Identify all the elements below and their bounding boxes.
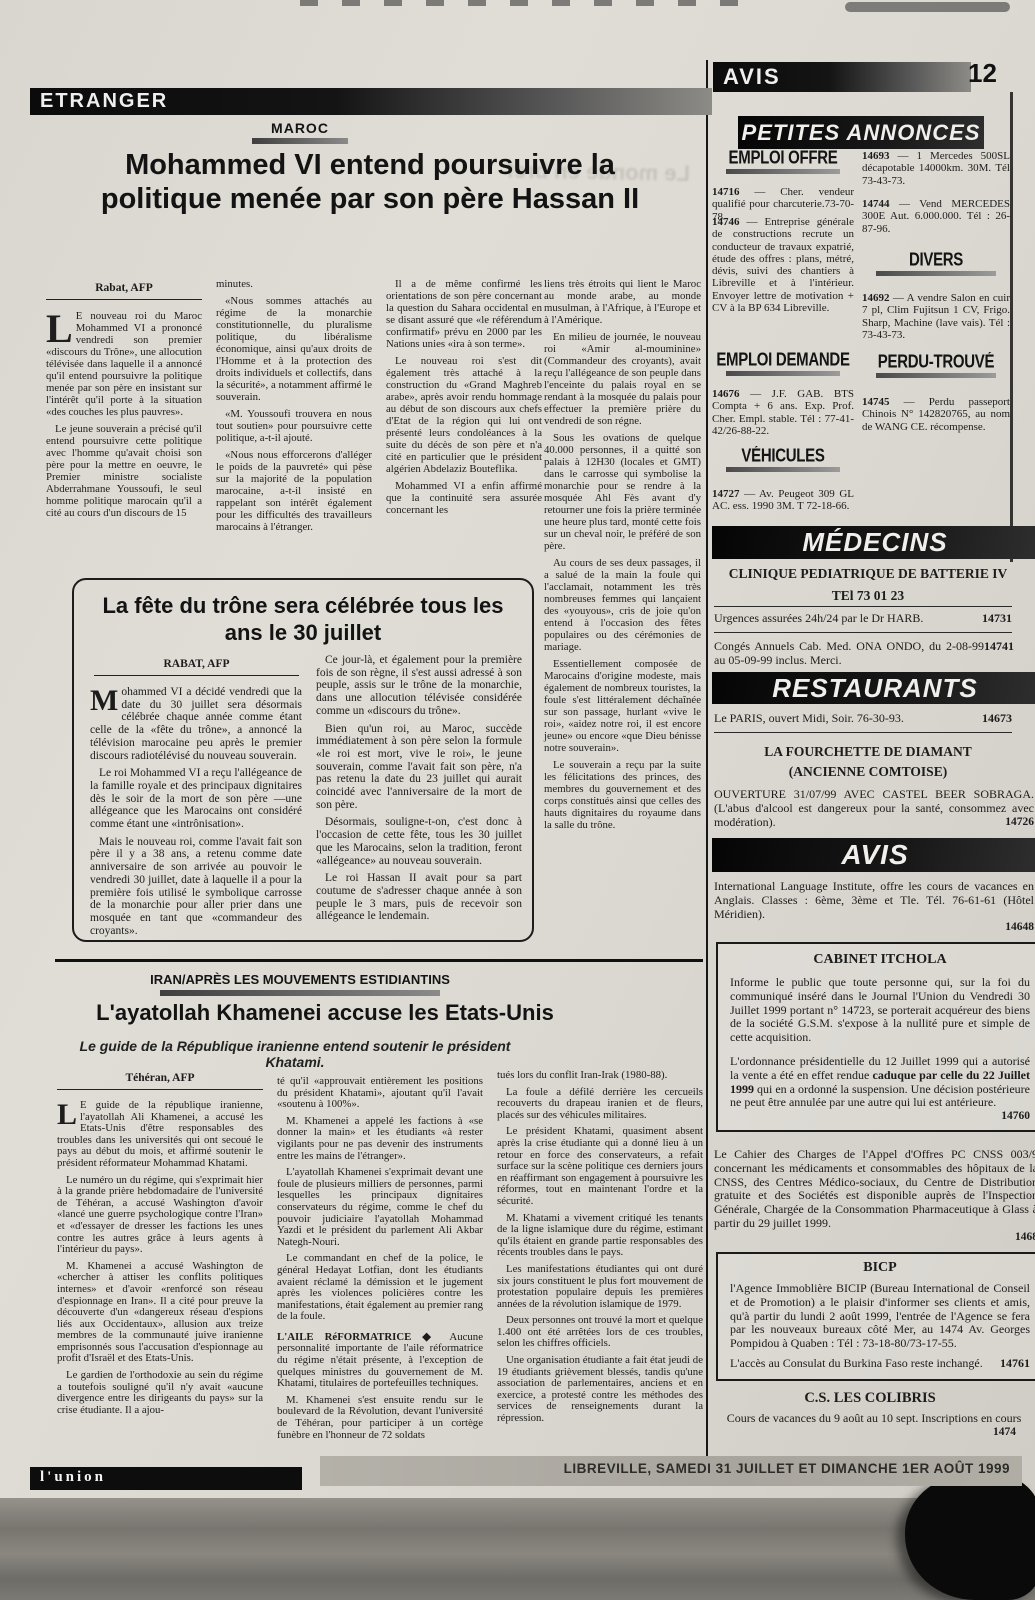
- paragraph: LE guide de la république iranienne, l'a…: [57, 1100, 263, 1170]
- maroc-headline: Mohammed VI entend poursuivre la politiq…: [65, 148, 675, 216]
- classified-ad: 14727 — Av. Peugeot 309 GL AC. ess. 1990…: [712, 488, 854, 513]
- paragraph: M. Khamenei a accusé Washington de «cher…: [57, 1261, 263, 1365]
- paragraph: Ce jour-là, et également pour la premièr…: [316, 654, 522, 718]
- classified-ad: 14692 — A vendre Salon en cuir 7 pl, Cli…: [862, 292, 1010, 341]
- paragraph: Le nouveau roi s'est dit également très …: [386, 355, 542, 475]
- section-title-bar: [876, 271, 996, 276]
- iran-column-3: tués lors du conflit Iran-Irak (1980-88)…: [497, 1070, 703, 1430]
- ad-ref: 14648: [714, 921, 1034, 933]
- section-title-bar: [726, 467, 840, 472]
- maroc-column-4: liens très étroits qui lient le Maroc au…: [544, 278, 701, 836]
- conges-notice: 14741 Congés Annuels Cab. Med. ONA ONDO,…: [714, 640, 1014, 668]
- paragraph: Il a de même confirmé les orientations d…: [386, 278, 542, 350]
- paragraph: té qu'il «approuvait entièrement les pos…: [277, 1076, 483, 1111]
- section-perdu-trouve: PERDU-TROUVÉ: [862, 352, 1010, 378]
- ad-ref: 1474: [714, 1426, 1034, 1438]
- fourchette-notice: OUVERTURE 31/07/99 AVEC CASTEL BEER SOBR…: [714, 788, 1034, 828]
- paragraph: LE nouveau roi du Maroc Mohammed VI a pr…: [46, 310, 202, 418]
- classified-ad: 14745 — Perdu passeport Chinois N° 14282…: [862, 396, 1010, 433]
- paragraph: «Nous nous efforcerons d'alléger le poid…: [216, 449, 372, 533]
- paragraph: La foule a défilé derrière les cercueils…: [497, 1087, 703, 1122]
- divider-rule: [714, 606, 1012, 607]
- bicp-box: BICP l'Agence Immoblière BICIP (Bureau I…: [716, 1252, 1035, 1381]
- iran-subtitle: Le guide de la République iranienne ente…: [60, 1038, 530, 1070]
- paragraph: M. Khamenei s'est ensuite rendu sur le b…: [277, 1395, 483, 1441]
- iran-kicker: IRAN/APRÈS LES MOUVEMENTS ESTIDIANTINS: [130, 972, 470, 987]
- section-header-etranger: ETRANGER: [30, 88, 712, 115]
- section-title: PERDU-TROUVÉ: [862, 352, 1010, 372]
- column-divider-line: [706, 60, 708, 1465]
- trone-byline: RABAT, AFP: [94, 658, 299, 676]
- colibris-title: C.S. LES COLIBRIS: [712, 1390, 1028, 1407]
- paragraph: Le gardien de l'orthodoxie au sein du ré…: [57, 1370, 263, 1416]
- maroc-kicker: MAROC: [225, 120, 375, 136]
- petites-annonces-banner: PETITES ANNONCES: [738, 116, 984, 149]
- paragraph: l'Agence Immoblière BICIP (Bureau Intern…: [730, 1282, 1030, 1351]
- restaurants-banner: RESTAURANTS: [712, 672, 1035, 704]
- maroc-byline: Rabat, AFP: [46, 282, 202, 300]
- fourchette-subtitle: (ANCIENNE COMTOISE): [712, 764, 1024, 780]
- aile-lead-in: L'AILE RéFORMATRICE ◆: [277, 1331, 439, 1343]
- cnss-notice: Le Cahier des Charges de l'Appel d'Offre…: [714, 1148, 1035, 1243]
- trone-column-1: Mohammed VI a décidé vendredi que la dat…: [90, 686, 302, 942]
- section-title-bar: [876, 373, 996, 378]
- ili-notice: International Language Institute, offre …: [714, 880, 1034, 933]
- paragraph: Essentiellement composée de Marocains d'…: [544, 658, 701, 754]
- section-title: VÉHICULES: [712, 446, 854, 466]
- section-label-etranger: ETRANGER: [40, 90, 168, 112]
- maroc-column-3: Il a de même confirmé les orientations d…: [386, 278, 542, 521]
- paragraph: M. Khatami a vivement critiqué les tenan…: [497, 1213, 703, 1259]
- itchola-title: CABINET ITCHOLA: [730, 952, 1030, 968]
- dropcap: L: [46, 310, 76, 345]
- paragraph: Mohammed VI a décidé vendredi que la dat…: [90, 686, 302, 762]
- paragraph: Sous les ovations de quelque 40.000 pers…: [544, 432, 701, 552]
- dropcap: M: [90, 686, 121, 713]
- maroc-column-1: LE nouveau roi du Maroc Mohammed VI a pr…: [46, 310, 202, 524]
- newspaper-page: Le monde en bref ETRANGER AVIS 12 MAROC …: [0, 0, 1035, 1600]
- paragraph: Désormais, souligne-t-on, c'est donc à l…: [316, 816, 522, 867]
- paragraph: Mohammed VI a enfin affirmé que la conti…: [386, 480, 542, 516]
- maroc-column-2: minutes. «Nous sommes attachés au régime…: [216, 278, 372, 538]
- clinic-name: CLINIQUE PEDIATRIQUE DE BATTERIE IV: [712, 566, 1024, 582]
- page-edge-line: [1010, 92, 1013, 562]
- paragraph: Informe le public que toute personne qui…: [730, 976, 1030, 1045]
- bicp-title: BICP: [730, 1260, 1030, 1276]
- section-title: EMPLOI OFFRE: [712, 148, 854, 168]
- iran-headline: L'ayatollah Khamenei accuse les Etats-Un…: [70, 1000, 580, 1026]
- paragraph: 14761 L'accès au Consulat du Burkina Fas…: [730, 1357, 1030, 1371]
- paragraph: Une organisation étudiante a fait état j…: [497, 1355, 703, 1425]
- paragraph: En milieu de journée, le nouveau roi «Am…: [544, 331, 701, 427]
- ad-ref: 14761: [1000, 1357, 1030, 1371]
- ad-ref: 14760: [730, 1110, 1030, 1122]
- ad-ref: 14673: [982, 712, 1012, 726]
- paragraph: L'ayatollah Khamenei s'exprimait devant …: [277, 1167, 483, 1248]
- section-divers: DIVERS: [862, 250, 1010, 276]
- paragraph: minutes.: [216, 278, 372, 290]
- section-emploi-demande: EMPLOI DEMANDE: [712, 350, 854, 376]
- avis-banner: AVIS: [712, 838, 1035, 872]
- dropcap: L: [57, 1100, 80, 1127]
- paragraph: Au cours de ses deux passages, il a salu…: [544, 557, 701, 653]
- trone-headline: La fête du trône sera célébrée tous les …: [84, 592, 522, 646]
- classified-ad: 14746 — Entreprise générale de construct…: [712, 216, 854, 314]
- clinic-phone: TEl 73 01 23: [712, 588, 1024, 604]
- iran-byline: Téhéran, AFP: [57, 1072, 263, 1090]
- section-header-avis: AVIS: [713, 62, 971, 92]
- ad-ref: 14741: [984, 640, 1014, 654]
- section-label-avis: AVIS: [723, 64, 781, 89]
- paragraph: «Nous sommes attachés au régime de la mo…: [216, 295, 372, 403]
- paragraph: Le jeune souverain a précisé qu'il enten…: [46, 423, 202, 519]
- iran-column-1: LE guide de la république iranienne, l'a…: [57, 1100, 263, 1421]
- iran-column-2: té qu'il «approuvait entièrement les pos…: [277, 1076, 483, 1446]
- classified-ad: 14744 — Vend MERCEDES 300E Aut. 6.000.00…: [862, 198, 1010, 235]
- paragraph: M. Khamenei a appelé les factions à «se …: [277, 1116, 483, 1162]
- paris-listing: 14673 Le PARIS, ouvert Midi, Soir. 76-30…: [714, 712, 1012, 726]
- paragraph: Le numéro un du régime, qui s'exprimait …: [57, 1175, 263, 1256]
- cabinet-itchola-box: CABINET ITCHOLA Informe le public que to…: [716, 942, 1035, 1132]
- iran-top-rule: [55, 959, 703, 962]
- paragraph: liens très étroits qui lient le Maroc au…: [544, 278, 701, 326]
- paragraph: Bien qu'un roi, au Maroc, succède immédi…: [316, 723, 522, 812]
- paragraph: Le roi Mohammed VI a reçu l'allégeance d…: [90, 767, 302, 831]
- maroc-kicker-underline: [252, 138, 348, 144]
- page-number: 12: [968, 58, 1028, 89]
- paragraph: Le souverain a reçu par la suite les fél…: [544, 759, 701, 831]
- paragraph: «M. Youssoufi trouvera en nous tout sout…: [216, 408, 372, 444]
- section-title: DIVERS: [862, 250, 1010, 270]
- fourchette-title: LA FOURCHETTE DE DIAMANT: [712, 744, 1024, 760]
- trone-column-2: Ce jour-là, et également pour la premièr…: [316, 654, 522, 928]
- classified-ad: 14676 — J.F. GAB. BTS Compta + 6 ans. Ex…: [712, 388, 854, 437]
- article-trone-box: La fête du trône sera célébrée tous les …: [72, 578, 534, 942]
- paragraph: Deux personnes ont trouvé la mort et que…: [497, 1315, 703, 1350]
- colibris-notice: Cours de vacances du 9 août au 10 sept. …: [714, 1412, 1034, 1438]
- ad-ref: 1468: [714, 1231, 1035, 1243]
- classified-ad: 14693 — 1 Mercedes 500SL décapotable 140…: [862, 150, 1010, 187]
- scan-top-smudge: [845, 2, 1010, 12]
- ad-ref: 14731: [982, 612, 1012, 626]
- paragraph: L'AILE RéFORMATRICE ◆ Aucune personnalit…: [277, 1332, 483, 1390]
- divider-rule: [714, 732, 1012, 733]
- section-title: EMPLOI DEMANDE: [712, 350, 854, 370]
- urgences-notice: 14731 Urgences assurées 24h/24 par le Dr…: [714, 612, 1012, 626]
- newspaper-logo: l'union: [30, 1467, 302, 1490]
- paragraph: tués lors du conflit Iran-Irak (1980-88)…: [497, 1070, 703, 1082]
- scanner-bottom-band: [0, 1498, 1035, 1600]
- iran-kicker-underline: [160, 990, 440, 996]
- paragraph: L'ordonnance présidentielle du 12 Juille…: [730, 1055, 1030, 1110]
- footer-date-bar: LIBREVILLE, SAMEDI 31 JUILLET ET DIMANCH…: [320, 1456, 1022, 1486]
- section-title-bar: [726, 371, 840, 376]
- paragraph: Le roi Hassan II avait pour sa part cout…: [316, 872, 522, 923]
- paragraph: Le président Khatami, quasiment absent a…: [497, 1126, 703, 1207]
- paragraph: Mais le nouveau roi, comme l'avait fait …: [90, 836, 302, 938]
- medecins-banner: MÉDECINS: [712, 526, 1035, 559]
- section-vehicules: VÉHICULES: [712, 446, 854, 472]
- section-emploi-offre: EMPLOI OFFRE: [712, 148, 854, 174]
- scan-top-dashes: [300, 0, 750, 6]
- divider-rule: [714, 632, 1012, 633]
- section-title-bar: [726, 169, 840, 174]
- paragraph: Le commandant en chef de la police, le g…: [277, 1253, 483, 1323]
- paragraph: Les manifestations étudiantes qui ont du…: [497, 1264, 703, 1310]
